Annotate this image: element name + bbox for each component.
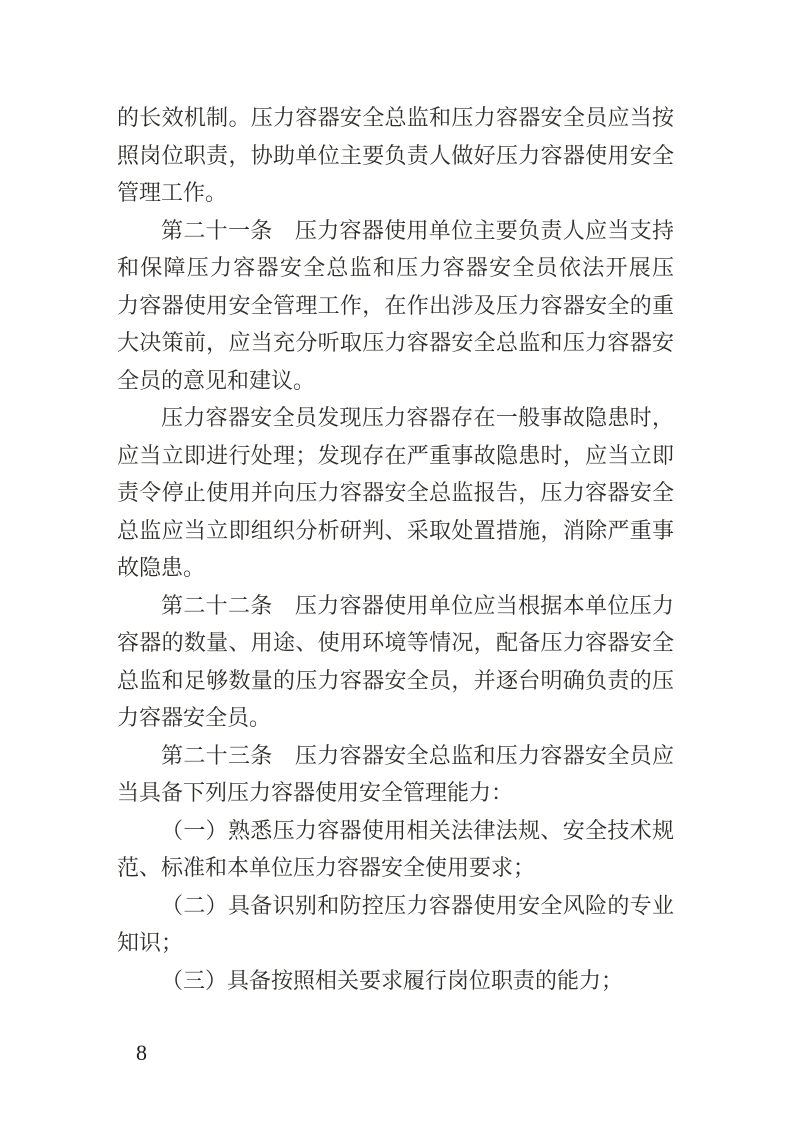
text-line: 的长效机制。压力容器安全总监和压力容器安全员应当按 [117, 99, 674, 137]
text-line: 和保障压力容器安全总监和压力容器安全员依法开展压 [117, 249, 674, 287]
text-line: 容器的数量、用途、使用环境等情况，配备压力容器安全 [117, 624, 674, 662]
text-line: 第二十一条 压力容器使用单位主要负责人应当支持 [117, 212, 674, 250]
text-line: 总监应当立即组织分析研判、采取处置措施，消除严重事 [117, 512, 674, 550]
text-line: 管理工作。 [117, 174, 674, 212]
text-line: 力容器安全员。 [117, 699, 674, 737]
text-line: 第二十三条 压力容器安全总监和压力容器安全员应 [117, 737, 674, 775]
text-line: 当具备下列压力容器使用安全管理能力： [117, 774, 674, 812]
text-line: 总监和足够数量的压力容器安全员，并逐台明确负责的压 [117, 662, 674, 700]
text-line: 第二十二条 压力容器使用单位应当根据本单位压力 [117, 587, 674, 625]
page-number: 8 [136, 1040, 147, 1066]
text-line: 大决策前，应当充分听取压力容器安全总监和压力容器安 [117, 324, 674, 362]
text-block: 的长效机制。压力容器安全总监和压力容器安全员应当按照岗位职责，协助单位主要负责人… [117, 99, 674, 999]
text-line: 力容器使用安全管理工作，在作出涉及压力容器安全的重 [117, 287, 674, 325]
text-line: 照岗位职责，协助单位主要负责人做好压力容器使用安全 [117, 137, 674, 175]
text-line: 全员的意见和建议。 [117, 362, 674, 400]
text-line: 范、标准和本单位压力容器安全使用要求； [117, 849, 674, 887]
text-line: （二）具备识别和防控压力容器使用安全风险的专业 [117, 887, 674, 925]
text-line: 应当立即进行处理；发现存在严重事故隐患时，应当立即 [117, 437, 674, 475]
text-line: （三）具备按照相关要求履行岗位职责的能力； [117, 962, 674, 1000]
text-line: 责令停止使用并向压力容器安全总监报告，压力容器安全 [117, 474, 674, 512]
text-line: 故隐患。 [117, 549, 674, 587]
text-line: （一）熟悉压力容器使用相关法律法规、安全技术规 [117, 812, 674, 850]
text-line: 压力容器安全员发现压力容器存在一般事故隐患时， [117, 399, 674, 437]
text-line: 知识； [117, 924, 674, 962]
document-page: 的长效机制。压力容器安全总监和压力容器安全员应当按照岗位职责，协助单位主要负责人… [0, 0, 793, 1122]
